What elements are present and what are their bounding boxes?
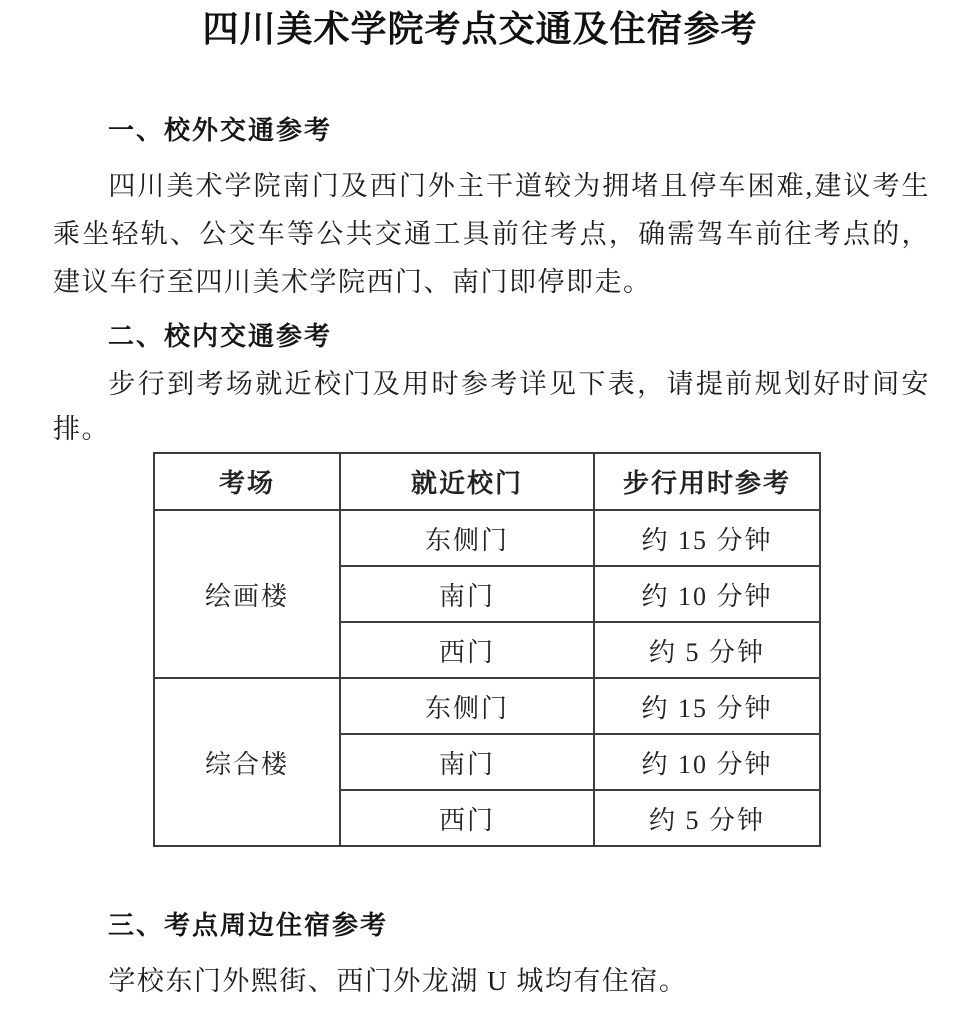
table-row: 综合楼 东侧门 约 15 分钟	[154, 678, 820, 734]
time-cell: 约 5 分钟	[594, 790, 820, 846]
walking-time-table: 考场 就近校门 步行用时参考 绘画楼 东侧门 约 15 分钟 南门 约 10 分…	[153, 452, 821, 847]
table-header-venue: 考场	[154, 453, 340, 510]
time-cell: 约 10 分钟	[594, 734, 820, 790]
table-header-gate: 就近校门	[340, 453, 594, 510]
venue-cell: 绘画楼	[154, 510, 340, 678]
gate-cell: 东侧门	[340, 510, 594, 566]
time-cell: 约 15 分钟	[594, 678, 820, 734]
document-body: 一、校外交通参考 四川美术学院南门及西门外主干道较为拥堵且停车困难,建议考生乘坐…	[0, 114, 960, 1005]
gate-cell: 东侧门	[340, 678, 594, 734]
section-heading-lodging: 三、考点周边住宿参考	[53, 909, 930, 941]
gate-cell: 南门	[340, 734, 594, 790]
section-heading-outside-traffic: 一、校外交通参考	[53, 114, 930, 146]
time-cell: 约 15 分钟	[594, 510, 820, 566]
gate-cell: 西门	[340, 790, 594, 846]
page-title: 四川美术学院考点交通及住宿参考	[0, 0, 960, 52]
venue-cell: 综合楼	[154, 678, 340, 846]
table-header-time: 步行用时参考	[594, 453, 820, 510]
document-page: 四川美术学院考点交通及住宿参考 一、校外交通参考 四川美术学院南门及西门外主干道…	[0, 0, 960, 1016]
paragraph-outside-traffic: 四川美术学院南门及西门外主干道较为拥堵且停车困难,建议考生乘坐轻轨、公交车等公共…	[53, 162, 930, 306]
paragraph-inside-traffic: 步行到考场就近校门及用时参考详见下表，请提前规划好时间安排。	[53, 362, 930, 452]
gate-cell: 西门	[340, 622, 594, 678]
table-header-row: 考场 就近校门 步行用时参考	[154, 453, 820, 510]
time-cell: 约 10 分钟	[594, 566, 820, 622]
paragraph-lodging: 学校东门外熙街、西门外龙湖 U 城均有住宿。	[53, 957, 930, 1005]
table-row: 绘画楼 东侧门 约 15 分钟	[154, 510, 820, 566]
gate-cell: 南门	[340, 566, 594, 622]
section-heading-inside-traffic: 二、校内交通参考	[53, 320, 930, 352]
time-cell: 约 5 分钟	[594, 622, 820, 678]
